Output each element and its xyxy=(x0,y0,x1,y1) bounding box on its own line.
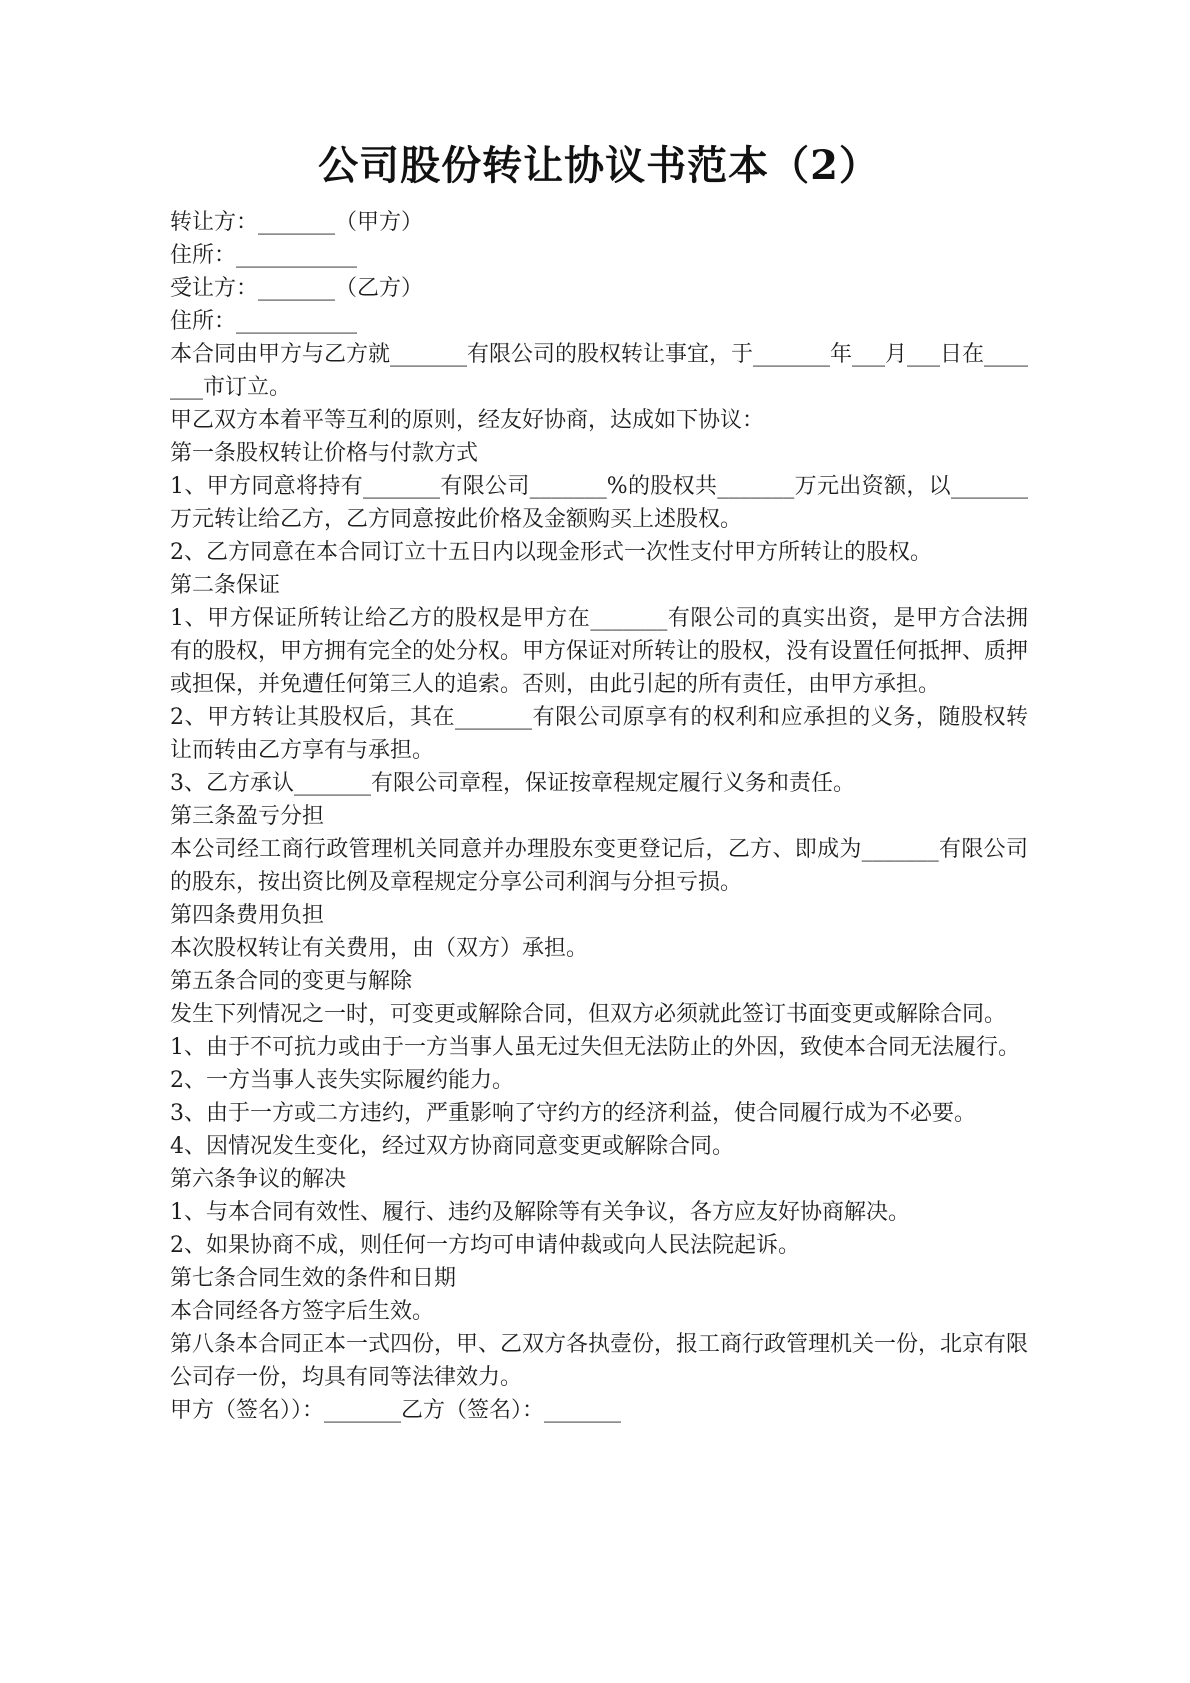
heading-article-1: 第一条股权转让价格与付款方式 xyxy=(170,437,1028,470)
paragraph-transferee-address: 住所：___________ xyxy=(170,305,1028,338)
paragraph-agreement-basis: 甲乙双方本着平等互利的原则，经友好协商，达成如下协议： xyxy=(170,404,1028,437)
paragraph-transferor: 转让方：_______（甲方） xyxy=(170,206,1028,239)
paragraph-article-5-item-4: 4、因情况发生变化，经过双方协商同意变更或解除合同。 xyxy=(170,1130,1028,1163)
paragraph-article-2-item-3: 3、乙方承认_______有限公司章程，保证按章程规定履行义务和责任。 xyxy=(170,767,1028,800)
paragraph-article-5-intro: 发生下列情况之一时，可变更或解除合同，但双方必须就此签订书面变更或解除合同。 xyxy=(170,998,1028,1031)
paragraph-article-8-body: 第八条本合同正本一式四份，甲、乙双方各执壹份，报工商行政管理机关一份，北京有限公… xyxy=(170,1328,1028,1394)
heading-article-7: 第七条合同生效的条件和日期 xyxy=(170,1262,1028,1295)
paragraph-signatures: 甲方（签名））：_______乙方（签名）：_______ xyxy=(170,1394,1028,1427)
paragraph-article-7-body: 本合同经各方签字后生效。 xyxy=(170,1295,1028,1328)
paragraph-article-6-item-1: 1、与本合同有效性、履行、违约及解除等有关争议，各方应友好协商解决。 xyxy=(170,1196,1028,1229)
paragraph-article-6-item-2: 2、如果协商不成，则任何一方均可申请仲裁或向人民法院起诉。 xyxy=(170,1229,1028,1262)
paragraph-article-2-item-2: 2、甲方转让其股权后，其在_______有限公司原享有的权利和应承担的义务，随股… xyxy=(170,701,1028,767)
paragraph-article-5-item-1: 1、由于不可抗力或由于一方当事人虽无过失但无法防止的外因，致使本合同无法履行。 xyxy=(170,1031,1028,1064)
heading-article-5: 第五条合同的变更与解除 xyxy=(170,965,1028,998)
paragraph-article-2-item-1: 1、甲方保证所转让给乙方的股权是甲方在_______有限公司的真实出资，是甲方合… xyxy=(170,602,1028,701)
paragraph-transferee: 受让方：_______（乙方） xyxy=(170,272,1028,305)
paragraph-transferor-address: 住所：___________ xyxy=(170,239,1028,272)
paragraph-preamble: 本合同由甲方与乙方就_______有限公司的股权转让事宜，于_______年__… xyxy=(170,338,1028,404)
document-body: 转让方：_______（甲方） 住所：___________ 受让方：_____… xyxy=(170,206,1028,1427)
paragraph-article-1-item-1: 1、甲方同意将持有_______有限公司_______%的股权共_______万… xyxy=(170,470,1028,536)
heading-article-2: 第二条保证 xyxy=(170,569,1028,602)
paragraph-article-4-body: 本次股权转让有关费用，由（双方）承担。 xyxy=(170,932,1028,965)
document-page: 公司股份转让协议书范本（2） 转让方：_______（甲方） 住所：______… xyxy=(0,0,1190,1683)
paragraph-article-5-item-3: 3、由于一方或二方违约，严重影响了守约方的经济利益，使合同履行成为不必要。 xyxy=(170,1097,1028,1130)
paragraph-article-3-body: 本公司经工商行政管理机关同意并办理股东变更登记后，乙方、即成为_______有限… xyxy=(170,833,1028,899)
heading-article-4: 第四条费用负担 xyxy=(170,899,1028,932)
heading-article-6: 第六条争议的解决 xyxy=(170,1163,1028,1196)
document-title: 公司股份转让协议书范本（2） xyxy=(170,140,1028,192)
paragraph-article-5-item-2: 2、一方当事人丧失实际履约能力。 xyxy=(170,1064,1028,1097)
heading-article-3: 第三条盈亏分担 xyxy=(170,800,1028,833)
paragraph-article-1-item-2: 2、乙方同意在本合同订立十五日内以现金形式一次性支付甲方所转让的股权。 xyxy=(170,536,1028,569)
